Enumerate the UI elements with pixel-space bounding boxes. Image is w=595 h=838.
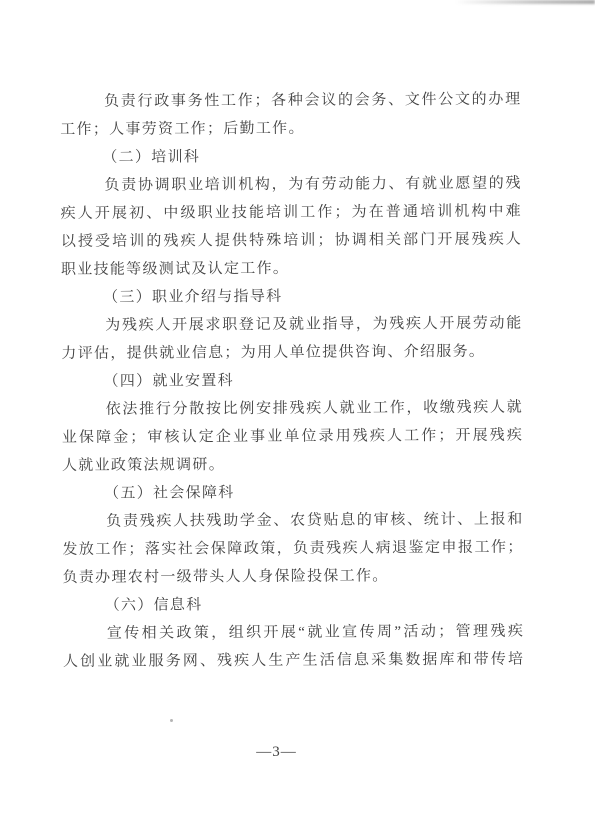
scan-artifact-speck xyxy=(170,719,173,722)
text-line: 以授受培训的残疾人提供特殊培训；协调相关部门开展残疾人 xyxy=(61,226,521,256)
section-heading: （三）职业介绍与指导科 xyxy=(61,282,521,312)
text-line: 负责残疾人扶残助学金、农贷贴息的审核、统计、上报和 xyxy=(62,506,522,536)
text-line: 负责办理农村一级带头人人身保险投保工作。 xyxy=(62,562,522,592)
text-line: 依法推行分散按比例安排残疾人就业工作，收缴残疾人就 xyxy=(62,394,522,424)
text-line: 人就业政策法规调研。 xyxy=(62,450,522,480)
section-heading: （六）信息科 xyxy=(63,590,523,620)
section-heading: （五）社会保障科 xyxy=(62,478,522,508)
text-line: 业保障金；审核认定企业事业单位录用残疾人工作；开展残疾 xyxy=(62,422,522,452)
text-line: 人创业就业服务网、残疾人生产生活信息采集数据库和带传培 xyxy=(63,646,523,676)
text-line: 发放工作；落实社会保障政策，负责残疾人病退鉴定申报工作； xyxy=(62,534,522,564)
scan-artifact-smudge xyxy=(455,0,595,4)
page-number: —3— xyxy=(0,742,574,762)
text-line: 为残疾人开展求职登记及就业指导，为残疾人开展劳动能 xyxy=(61,310,521,340)
text-line: 力评估，提供就业信息；为用人单位提供咨询、介绍服务。 xyxy=(61,338,521,368)
text-line: 负责行政事务性工作；各种会议的会务、文件公文的办理 xyxy=(60,86,520,116)
text-line: 工作；人事劳资工作；后勤工作。 xyxy=(60,114,520,144)
text-line: 疾人开展初、中级职业技能培训工作；为在普通培训机构中难 xyxy=(61,198,521,228)
section-heading: （二）培训科 xyxy=(60,142,520,172)
document-body: 负责行政事务性工作；各种会议的会务、文件公文的办理 工作；人事劳资工作；后勤工作… xyxy=(60,86,523,676)
text-line: 职业技能等级测试及认定工作。 xyxy=(61,254,521,284)
text-line: 负责协调职业培训机构，为有劳动能力、有就业愿望的残 xyxy=(60,170,520,200)
text-line: 宣传相关政策，组织开展“就业宣传周”活动；管理残疾 xyxy=(63,618,523,648)
document-page: 负责行政事务性工作；各种会议的会务、文件公文的办理 工作；人事劳资工作；后勤工作… xyxy=(0,0,595,838)
section-heading: （四）就业安置科 xyxy=(61,366,521,396)
